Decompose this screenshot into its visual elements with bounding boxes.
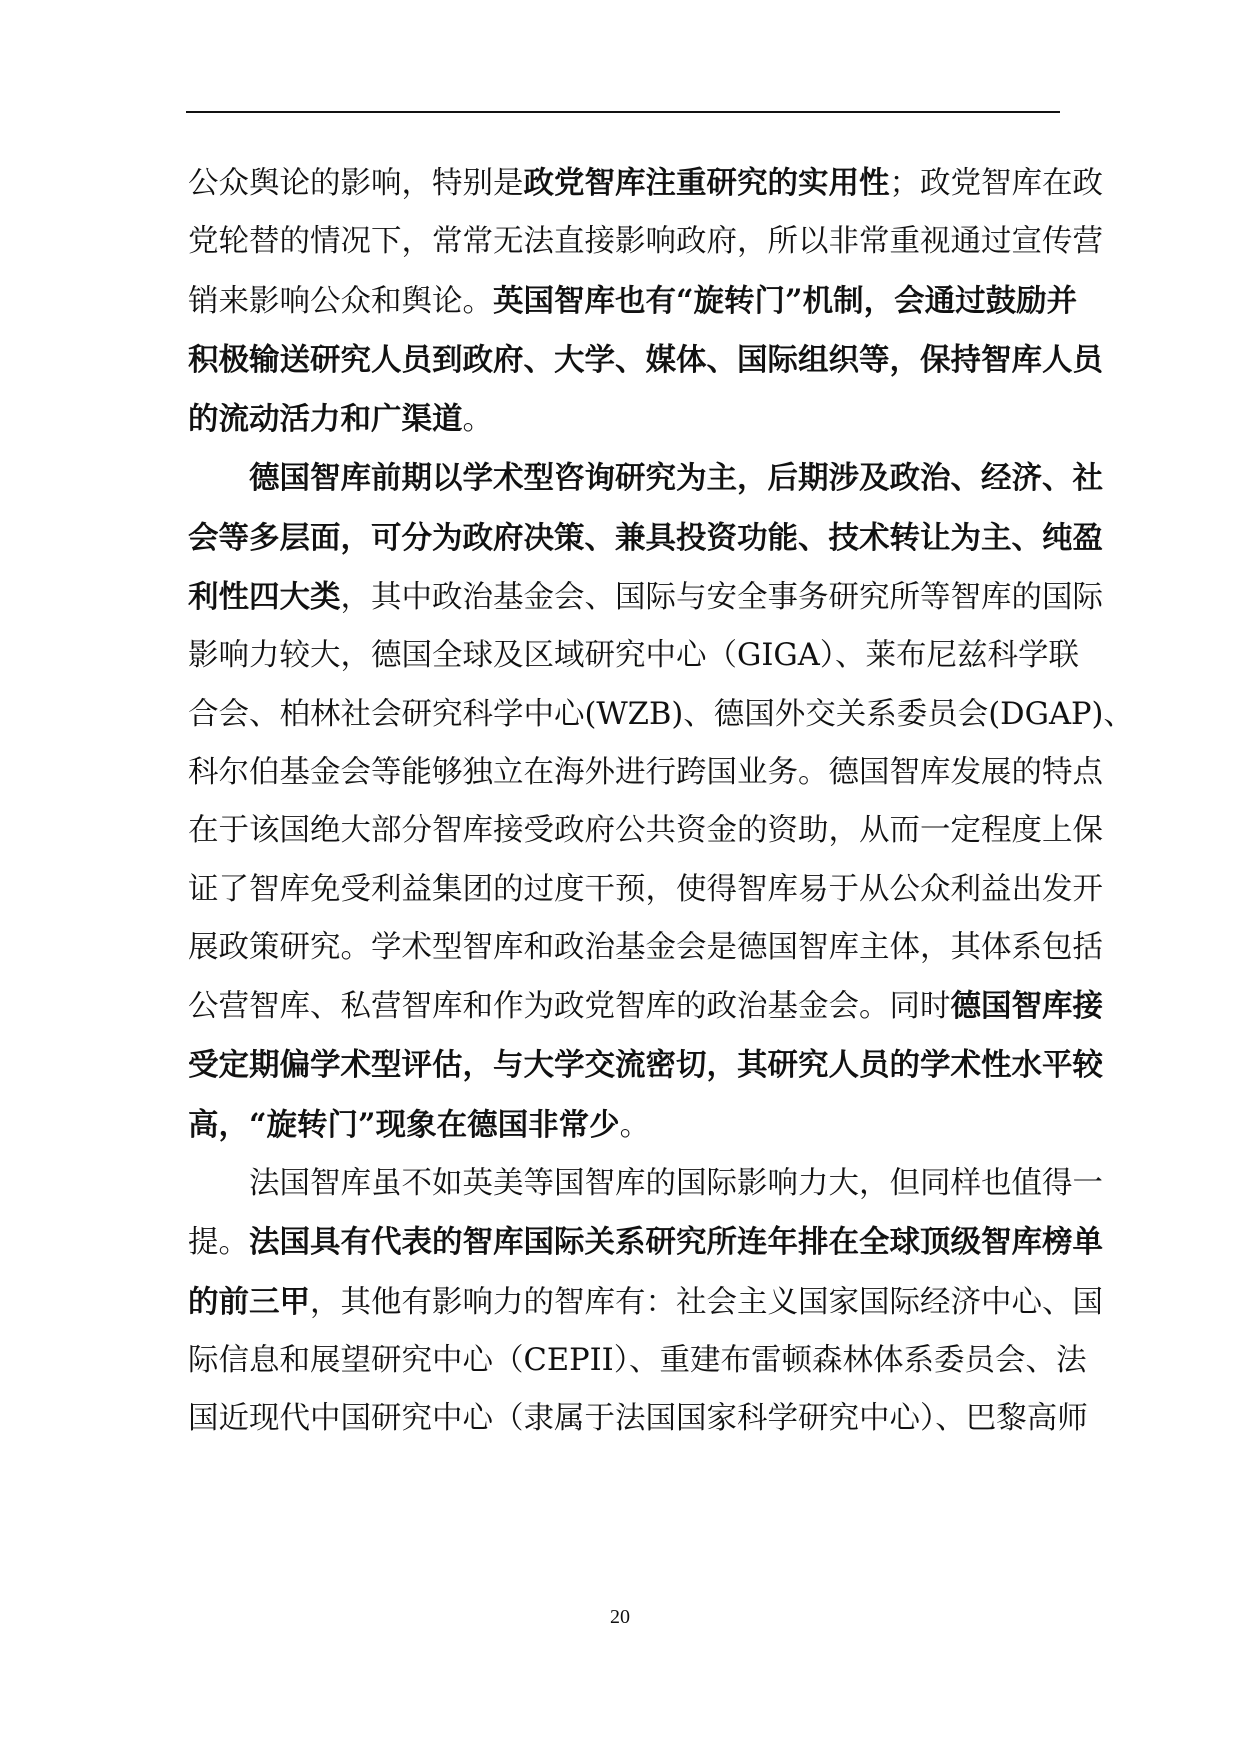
bold-text-run: 法国具有代表的智库国际关系研究所连年排在全球顶级智库榜单 <box>249 1224 1103 1260</box>
bold-text-run: 会等多层面，可分为政府决策、兼具投资功能、技术转让为主、纯盈 <box>188 520 1103 556</box>
text-line: 合会、柏林社会研究科学中心(WZB)、德国外交关系委员会(DGAP)、 <box>188 686 1060 744</box>
text-run: 际信息和展望研究中心（CEPII）、重建布雷顿森林体系委员会、法 <box>188 1343 1086 1378</box>
bold-text-run: 政党智库注重研究的实用性 <box>524 165 890 201</box>
bold-text-run: 受定期偏学术型评估，与大学交流密切，其研究人员的学术性水平较 <box>188 1047 1103 1083</box>
text-line: 影响力较大，德国全球及区域研究中心（GIGA）、莱布尼兹科学联 <box>188 627 1060 685</box>
text-run: 公众舆论的影响，特别是 <box>188 166 524 201</box>
text-run: 公营智库、私营智库和作为政党智库的政治基金会。同时 <box>188 989 951 1024</box>
bold-text-run: 英国智库也有“旋转门”机制，会通过鼓励并 <box>493 283 1077 319</box>
text-run: ，其他有影响力的智库有：社会主义国家国际经济中心、国 <box>310 1285 1103 1320</box>
paragraph: 德国智库前期以学术型咨询研究为主，后期涉及政治、经济、社会等多层面，可分为政府决… <box>188 449 1060 1155</box>
text-run: 提。 <box>188 1225 249 1260</box>
text-run: 法国智库虽不如英美等国智库的国际影响力大，但同样也值得一 <box>249 1166 1103 1201</box>
page-number: 20 <box>0 1606 1240 1629</box>
text-line: 法国智库虽不如英美等国智库的国际影响力大，但同样也值得一 <box>188 1155 1060 1213</box>
text-line: 积极输送研究人员到政府、大学、媒体、国际组织等，保持智库人员 <box>188 331 1060 390</box>
text-line: 在于该国绝大部分智库接受政府公共资金的资助，从而一定程度上保 <box>188 802 1060 860</box>
body-text: 公众舆论的影响，特别是政党智库注重研究的实用性；政党智库在政党轮替的情况下，常常… <box>188 154 1060 1449</box>
text-run: 。 <box>620 1108 651 1143</box>
text-line: 展政策研究。学术型智库和政治基金会是德国智库主体，其体系包括 <box>188 919 1060 977</box>
text-line: 德国智库前期以学术型咨询研究为主，后期涉及政治、经济、社 <box>188 449 1060 508</box>
text-run: 国近现代中国研究中心（隶属于法国国家科学研究中心）、巴黎高师 <box>188 1401 1088 1436</box>
text-run: 证了智库免受利益集团的过度干预，使得智库易于从公众利益出发开 <box>188 872 1103 907</box>
text-line: 的流动活力和广渠道。 <box>188 390 1060 449</box>
bold-text-run: 的前三甲 <box>188 1284 310 1320</box>
text-run: 。 <box>463 402 494 437</box>
text-line: 会等多层面，可分为政府决策、兼具投资功能、技术转让为主、纯盈 <box>188 509 1060 568</box>
text-run: 党轮替的情况下，常常无法直接影响政府，所以非常重视通过宣传营 <box>188 224 1103 259</box>
bold-text-run: 德国智库接 <box>951 988 1104 1024</box>
text-line: 受定期偏学术型评估，与大学交流密切，其研究人员的学术性水平较 <box>188 1036 1060 1095</box>
text-line: 证了智库免受利益集团的过度干预，使得智库易于从公众利益出发开 <box>188 861 1060 919</box>
bold-text-run: 利性四大类 <box>188 579 341 615</box>
text-run: ；政党智库在政 <box>890 166 1104 201</box>
text-run: 展政策研究。学术型智库和政治基金会是德国智库主体，其体系包括 <box>188 930 1103 965</box>
text-run: 在于该国绝大部分智库接受政府公共资金的资助，从而一定程度上保 <box>188 813 1103 848</box>
text-line: 科尔伯基金会等能够独立在海外进行跨国业务。德国智库发展的特点 <box>188 744 1060 802</box>
bold-text-run: 德国智库前期以学术型咨询研究为主，后期涉及政治、经济、社 <box>249 460 1103 496</box>
text-run: 销来影响公众和舆论。 <box>188 284 493 319</box>
text-line: 高，“旋转门”现象在德国非常少。 <box>188 1096 1060 1155</box>
text-run: 合会、柏林社会研究科学中心(WZB)、德国外交关系委员会(DGAP)、 <box>188 697 1134 732</box>
paragraph: 法国智库虽不如英美等国智库的国际影响力大，但同样也值得一提。法国具有代表的智库国… <box>188 1155 1060 1448</box>
text-line: 提。法国具有代表的智库国际关系研究所连年排在全球顶级智库榜单 <box>188 1213 1060 1272</box>
text-line: 销来影响公众和舆论。英国智库也有“旋转门”机制，会通过鼓励并 <box>188 272 1060 331</box>
text-run: 科尔伯基金会等能够独立在海外进行跨国业务。德国智库发展的特点 <box>188 755 1103 790</box>
bold-text-run: 积极输送研究人员到政府、大学、媒体、国际组织等，保持智库人员 <box>188 342 1103 378</box>
text-line: 国近现代中国研究中心（隶属于法国国家科学研究中心）、巴黎高师 <box>188 1390 1060 1448</box>
text-line: 党轮替的情况下，常常无法直接影响政府，所以非常重视通过宣传营 <box>188 213 1060 271</box>
paragraph: 公众舆论的影响，特别是政党智库注重研究的实用性；政党智库在政党轮替的情况下，常常… <box>188 154 1060 449</box>
document-page: 公众舆论的影响，特别是政党智库注重研究的实用性；政党智库在政党轮替的情况下，常常… <box>0 0 1240 1753</box>
bold-text-run: 高，“旋转门”现象在德国非常少 <box>188 1107 620 1143</box>
text-run: ，其中政治基金会、国际与安全事务研究所等智库的国际 <box>341 580 1104 615</box>
bold-text-run: 的流动活力和广渠道 <box>188 401 463 437</box>
text-line: 利性四大类，其中政治基金会、国际与安全事务研究所等智库的国际 <box>188 568 1060 627</box>
text-line: 公众舆论的影响，特别是政党智库注重研究的实用性；政党智库在政 <box>188 154 1060 213</box>
text-run: 影响力较大，德国全球及区域研究中心（GIGA）、莱布尼兹科学联 <box>188 638 1079 673</box>
header-rule <box>186 111 1060 113</box>
text-line: 公营智库、私营智库和作为政党智库的政治基金会。同时德国智库接 <box>188 977 1060 1036</box>
text-line: 的前三甲，其他有影响力的智库有：社会主义国家国际经济中心、国 <box>188 1273 1060 1332</box>
text-line: 际信息和展望研究中心（CEPII）、重建布雷顿森林体系委员会、法 <box>188 1332 1060 1390</box>
